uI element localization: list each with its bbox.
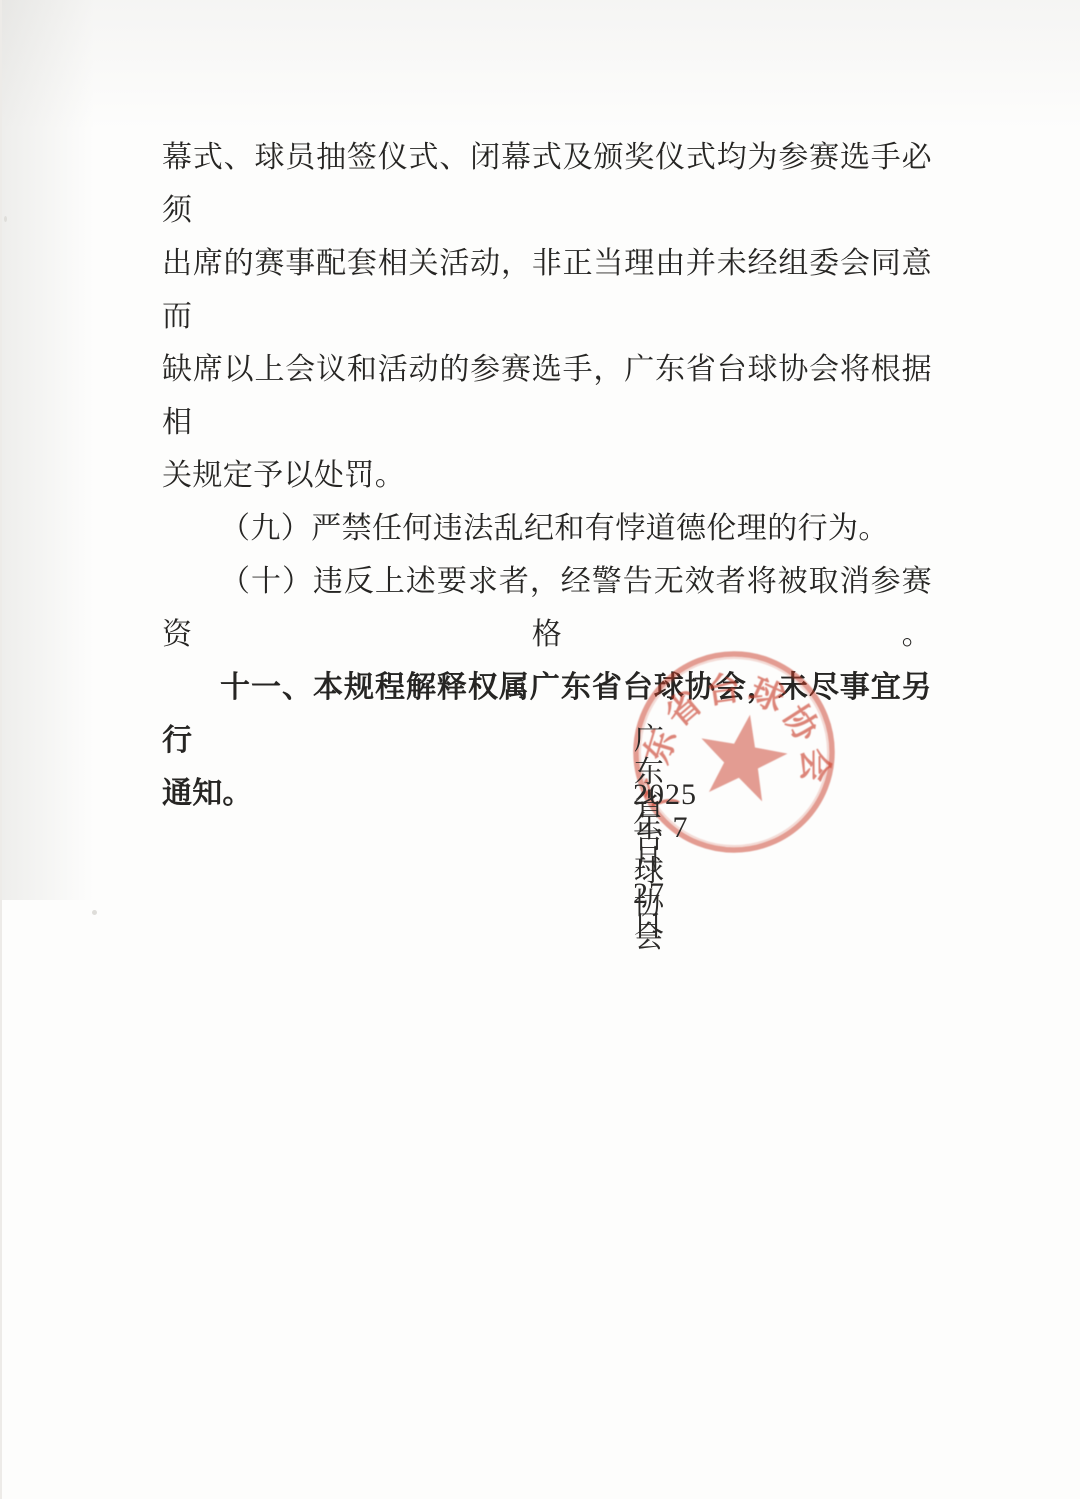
body-line-3: 缺席以上会议和活动的参赛选手，广东省台球协会将根据相	[162, 343, 932, 449]
document-page: 幕式、球员抽签仪式、闭幕式及颁奖仪式均为参赛选手必须 出席的赛事配套相关活动，非…	[0, 0, 1080, 1499]
signature-date: 2025 年 7 月 27 日	[633, 778, 697, 943]
body-line-5: （九）严禁任何违法乱纪和有悖道德伦理的行为。	[162, 502, 932, 555]
body-line-1: 幕式、球员抽签仪式、闭幕式及颁奖仪式均为参赛选手必须	[162, 131, 932, 237]
scan-speck	[4, 216, 7, 222]
scan-edge-shadow-top	[2, 0, 1080, 130]
scan-speck	[92, 910, 97, 915]
scan-edge-shadow-left	[2, 0, 94, 900]
body-line-2: 出席的赛事配套相关活动，非正当理由并未经组委会同意而	[162, 237, 932, 343]
body-line-4: 关规定予以处罚。	[162, 449, 932, 502]
